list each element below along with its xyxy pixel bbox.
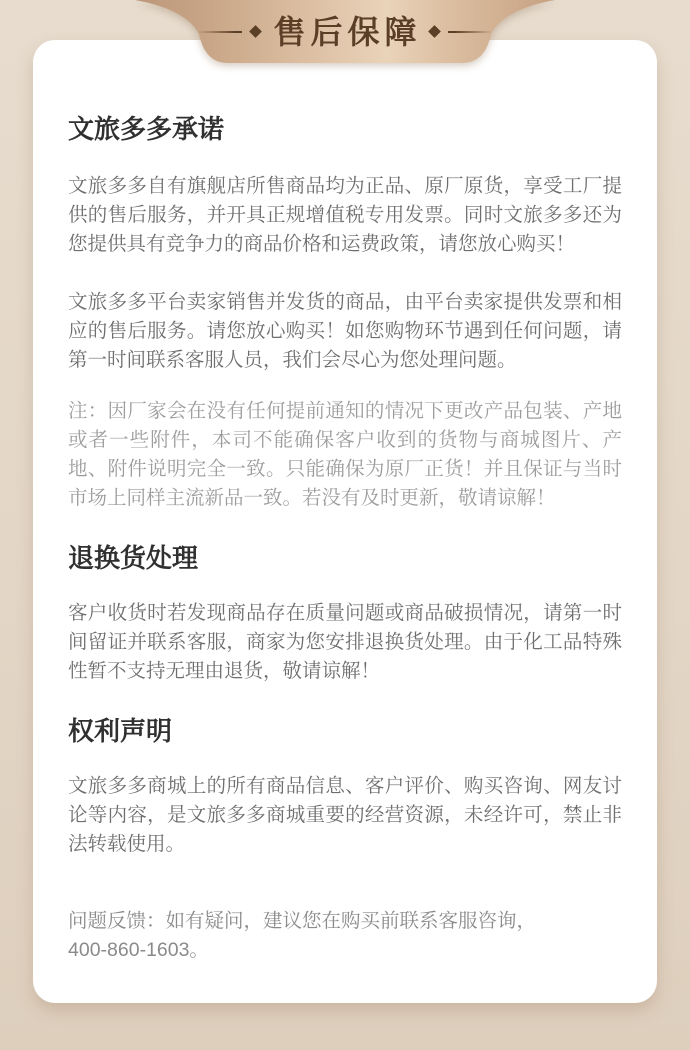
right-dash-line [448, 31, 493, 33]
page: 售后保障 文旅多多承诺 文旅多多自有旗舰店所售商品均为正品、原厂原货，享受工厂提… [0, 0, 690, 1050]
section-heading-returns: 退换货处理 [68, 541, 622, 575]
diamond-icon [250, 25, 263, 38]
paragraph: 文旅多多自有旗舰店所售商品均为正品、原厂原货，享受工厂提供的售后服务，并开具正规… [68, 172, 622, 259]
feedback-phone: 400-860-1603。 [68, 936, 622, 965]
banner-title: 售后保障 [269, 16, 425, 48]
section-heading-promise: 文旅多多承诺 [68, 112, 622, 146]
feedback-text: 问题反馈：如有疑问，建议您在购买前联系客服咨询， 400-860-1603。 [68, 907, 622, 965]
paragraph: 客户收货时若发现商品存在质量问题或商品破损情况，请第一时间留证并联系客服，商家为… [68, 599, 622, 686]
section-heading-rights: 权利声明 [68, 714, 622, 748]
paragraph: 文旅多多商城上的所有商品信息、客户评价、购买咨询、网友讨论等内容，是文旅多多商城… [68, 772, 622, 859]
diamond-icon [428, 25, 441, 38]
note-paragraph: 注：因厂家会在没有任何提前通知的情况下更改产品包装、产地或者一些附件，本司不能确… [68, 397, 622, 513]
info-card: 文旅多多承诺 文旅多多自有旗舰店所售商品均为正品、原厂原货，享受工厂提供的售后服… [33, 40, 657, 1003]
left-dash-line [197, 31, 242, 33]
paragraph: 文旅多多平台卖家销售并发货的商品，由平台卖家提供发票和相应的售后服务。请您放心购… [68, 288, 622, 375]
after-sales-banner: 售后保障 [133, 0, 557, 63]
banner-title-row: 售后保障 [133, 0, 557, 63]
feedback-line: 问题反馈：如有疑问，建议您在购买前联系客服咨询， [68, 907, 622, 936]
